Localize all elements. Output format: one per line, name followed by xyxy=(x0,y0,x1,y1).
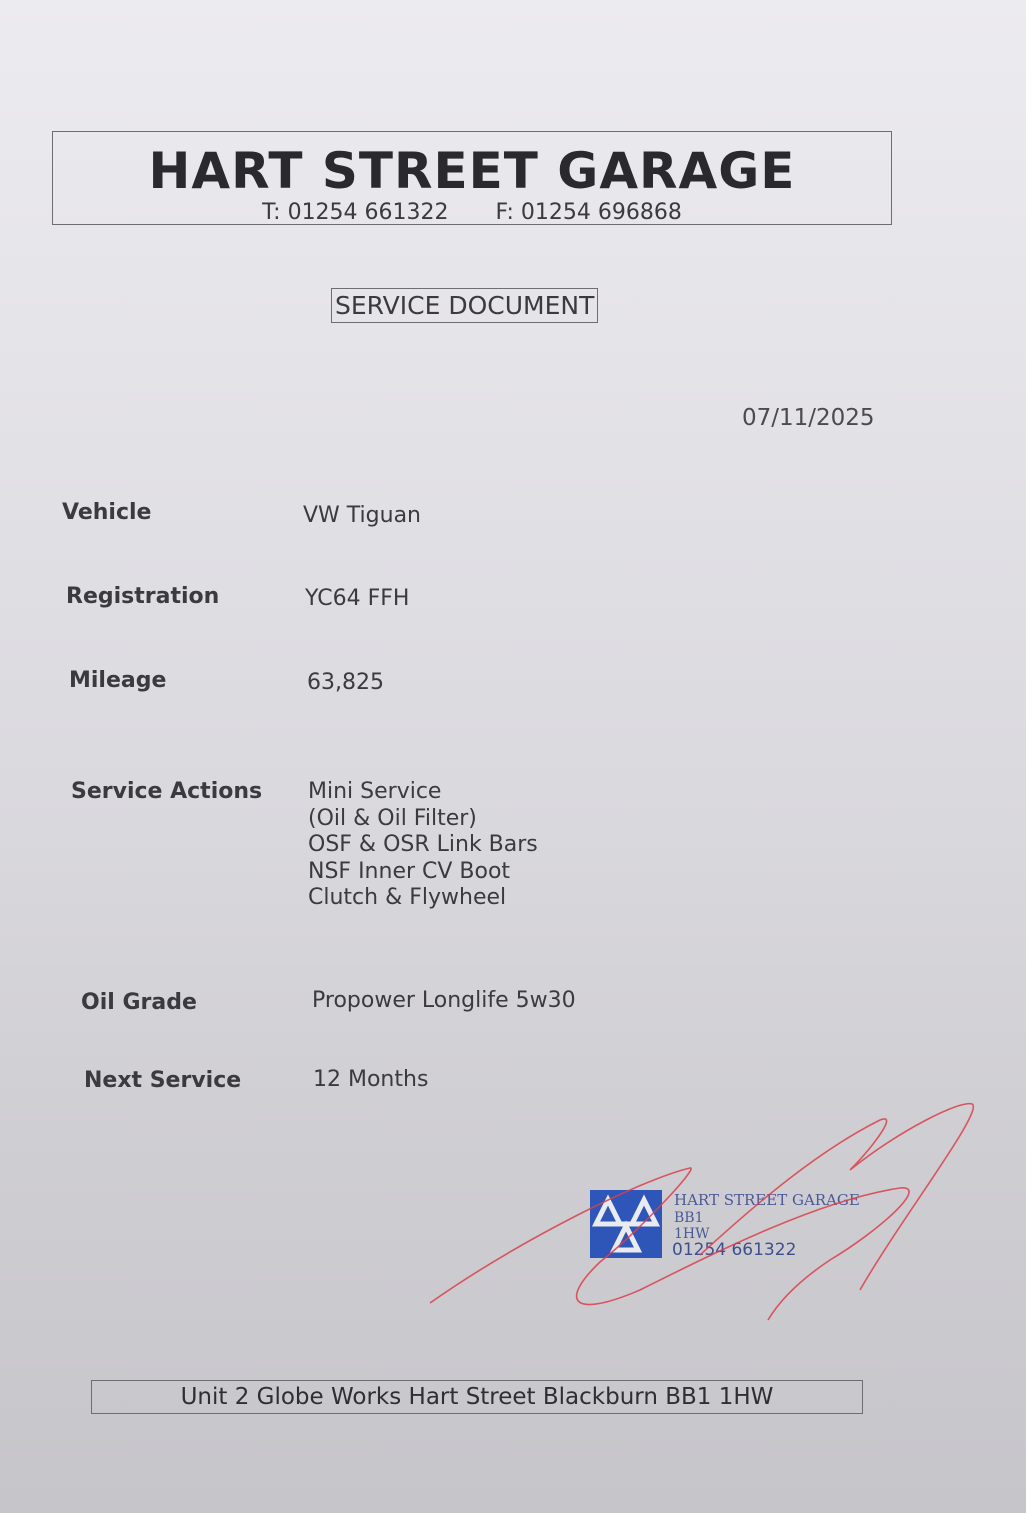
document-date: 07/11/2025 xyxy=(742,405,875,431)
header-box: HART STREET GARAGE T: 01254 661322 F: 01… xyxy=(52,131,892,225)
oil-grade-label: Oil Grade xyxy=(81,990,197,1015)
next-service-value: 12 Months xyxy=(313,1067,428,1092)
mileage-label: Mileage xyxy=(69,668,166,693)
telephone-number: T: 01254 661322 xyxy=(262,200,448,225)
fax-number: F: 01254 696868 xyxy=(496,200,682,225)
service-action-item: NSF Inner CV Boot xyxy=(308,859,538,886)
service-actions-list: Mini Service (Oil & Oil Filter) OSF & OS… xyxy=(308,779,538,912)
oil-grade-value: Propower Longlife 5w30 xyxy=(312,988,576,1013)
service-action-item: OSF & OSR Link Bars xyxy=(308,832,538,859)
vehicle-label: Vehicle xyxy=(62,500,151,525)
signature xyxy=(0,0,1026,1513)
document-title: SERVICE DOCUMENT xyxy=(331,288,598,323)
vehicle-value: VW Tiguan xyxy=(303,503,421,528)
stamp-postcode: BB1 1HW xyxy=(674,1210,710,1242)
contact-numbers: T: 01254 661322 F: 01254 696868 xyxy=(53,200,891,225)
service-action-item: Clutch & Flywheel xyxy=(308,885,538,912)
footer-address: Unit 2 Globe Works Hart Street Blackburn… xyxy=(91,1380,863,1414)
service-action-item: (Oil & Oil Filter) xyxy=(308,806,538,833)
stamp-garage-name: HART STREET GARAGE xyxy=(674,1191,860,1209)
mileage-value: 63,825 xyxy=(307,670,384,695)
service-actions-label: Service Actions xyxy=(71,779,262,804)
next-service-label: Next Service xyxy=(84,1068,241,1093)
registration-label: Registration xyxy=(66,584,219,609)
service-action-item: Mini Service xyxy=(308,779,538,806)
company-name: HART STREET GARAGE xyxy=(53,142,891,200)
stamp-phone: 01254 661322 xyxy=(672,1240,796,1260)
registration-value: YC64 FFH xyxy=(305,586,409,611)
mot-triangles-icon xyxy=(590,1190,662,1258)
